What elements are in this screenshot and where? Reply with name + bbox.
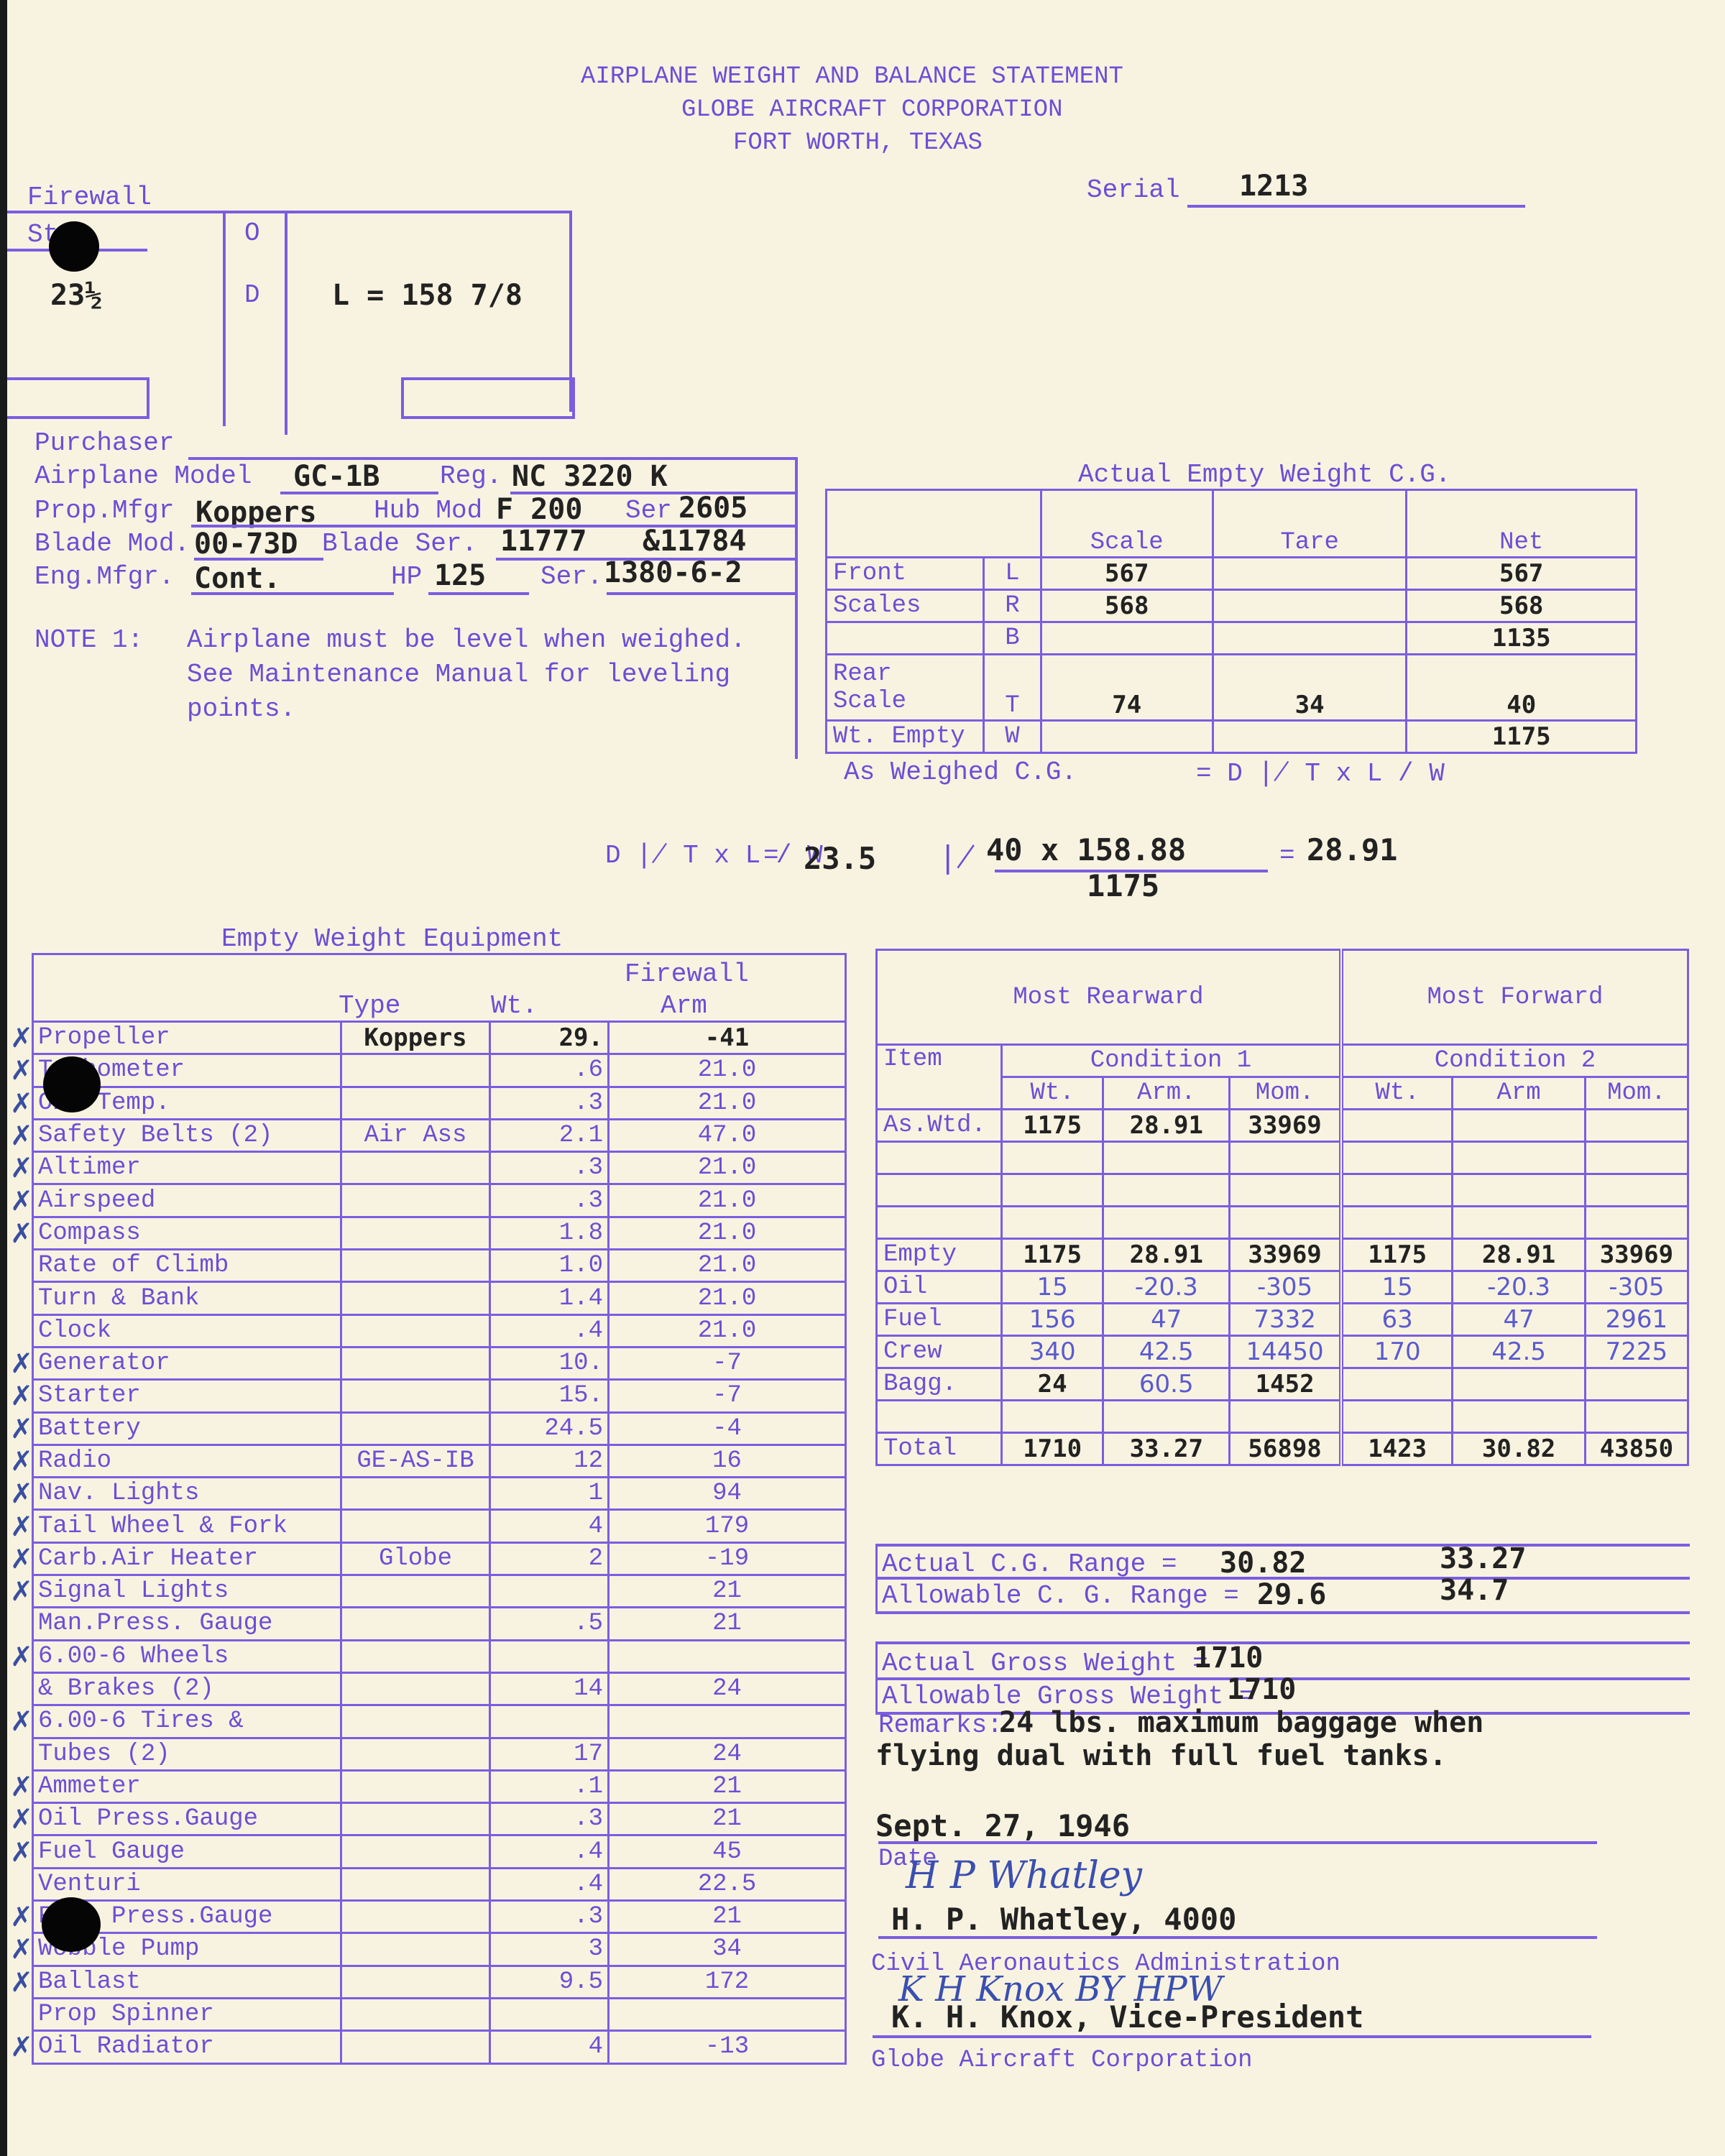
most-rearward-header: Most Rearward: [877, 950, 1341, 1045]
equipment-table: PropellerKoppers29.-41Tachometer.621.0Oi…: [32, 1021, 847, 2065]
loading-c2-wt: 1175: [1341, 1239, 1453, 1271]
equipment-type: [341, 1250, 490, 1282]
loading-c1-wt: 340: [1002, 1336, 1103, 1368]
equipment-wt: 4: [490, 1510, 609, 1542]
calc-equals-2: =: [1279, 841, 1295, 870]
equipment-arm: 24: [609, 1738, 846, 1770]
subcol-mom-2: Mom.: [1585, 1077, 1688, 1110]
equipment-arm: 21: [609, 1901, 846, 1933]
equipment-wt: .3: [490, 1087, 609, 1119]
hub-mod-value: F 200: [496, 493, 582, 526]
equipment-type: [341, 1054, 490, 1087]
loading-c1-arm: 47: [1103, 1304, 1230, 1336]
note-line-3: points.: [187, 694, 295, 724]
company-location: FORT WORTH, TEXAS: [733, 129, 983, 157]
actual-gross-value: 1710: [1194, 1641, 1263, 1674]
subcol-wt-2: Wt.: [1341, 1077, 1453, 1110]
loading-c2-mom: [1585, 1401, 1688, 1433]
equipment-item: Ammeter: [33, 1770, 341, 1802]
equipment-arm: 21: [609, 1575, 846, 1608]
equipment-wt: 29.: [490, 1022, 609, 1054]
loading-c2-wt: [1341, 1207, 1453, 1239]
calc-d-value: 23.5: [804, 841, 876, 876]
equipment-wt: 4: [490, 2031, 609, 2063]
equipment-arm: 179: [609, 1510, 846, 1542]
equipment-wt: .6: [490, 1054, 609, 1087]
check-mark-icon: ✗: [10, 1478, 33, 1509]
loading-c2-mom: 33969: [1585, 1239, 1688, 1271]
subcol-mom-1: Mom.: [1230, 1077, 1341, 1110]
equipment-row: Prop Spinner: [33, 1998, 846, 2030]
net-value: 40: [1407, 655, 1637, 721]
row-code: R: [984, 590, 1041, 622]
col-arm: Arm: [661, 991, 707, 1021]
equipment-arm: 21.0: [609, 1054, 846, 1087]
equipment-item: Radio: [33, 1445, 341, 1477]
equipment-type: [341, 1412, 490, 1445]
equipment-item: Ballast: [33, 1966, 341, 1998]
hub-ser-value: 2605: [678, 492, 747, 525]
loading-c2-arm: 47: [1453, 1304, 1585, 1336]
equipment-item: Compass: [33, 1217, 341, 1249]
equipment-item: Oil Press.Gauge: [33, 1803, 341, 1835]
loading-c1-mom: [1230, 1174, 1341, 1207]
reg-label: Reg.: [440, 461, 502, 491]
subcol-arm-1: Arm.: [1103, 1077, 1230, 1110]
equipment-item: 6.00-6 Wheels: [33, 1640, 341, 1672]
row-label: Rear Scale: [827, 655, 984, 721]
allowable-cg-aft: 34.7: [1440, 1574, 1509, 1607]
equipment-wt: 1.8: [490, 1217, 609, 1249]
col-net: Net: [1407, 490, 1637, 558]
remarks-line-1: 24 lbs. maximum baggage when: [999, 1706, 1483, 1739]
eng-ser-underline: [607, 592, 796, 595]
loading-c1-mom: 33969: [1230, 1239, 1341, 1271]
equipment-item: Generator: [33, 1347, 341, 1379]
loading-c2-arm: [1453, 1110, 1585, 1142]
check-mark-icon: ✗: [10, 1347, 33, 1379]
loading-row: Empty117528.9133969117528.9133969: [877, 1239, 1688, 1271]
loading-item: [877, 1401, 1002, 1433]
equipment-item: Tubes (2): [33, 1738, 341, 1770]
loading-c2-mom: -305: [1585, 1271, 1688, 1304]
check-mark-icon: ✗: [10, 1771, 33, 1802]
equipment-wt: 1.4: [490, 1282, 609, 1314]
check-mark-icon: ✗: [10, 2031, 33, 2063]
info-top-border: [188, 457, 796, 460]
equipment-wt: 12: [490, 1445, 609, 1477]
equipment-row: Nav. Lights194: [33, 1478, 846, 1510]
model-value: GC-1B: [293, 460, 379, 493]
loading-c2-wt: [1341, 1110, 1453, 1142]
note-label: NOTE 1:: [34, 625, 143, 655]
loading-c2-arm: 42.5: [1453, 1336, 1585, 1368]
loading-c2-arm: [1453, 1368, 1585, 1401]
equipment-row: Tachometer.621.0: [33, 1054, 846, 1087]
tare-value: 34: [1213, 655, 1406, 721]
loading-c2-wt: 15: [1341, 1271, 1453, 1304]
punch-hole-bottom: [42, 1897, 101, 1952]
equipment-wt: .3: [490, 1901, 609, 1933]
actual-cg-fwd: 30.82: [1220, 1547, 1306, 1580]
scale-value: 568: [1041, 590, 1213, 622]
cca-signer-name: H. P. Whatley, 4000: [891, 1902, 1236, 1937]
loading-c1-mom: [1230, 1207, 1341, 1239]
equipment-type: [341, 1966, 490, 1998]
equipment-row: Oil Press.Gauge.321: [33, 1803, 846, 1835]
loading-c1-arm: -20.3: [1103, 1271, 1230, 1304]
check-mark-icon: ✗: [10, 1054, 33, 1086]
eng-mfgr-label: Eng.Mfgr.: [34, 562, 174, 591]
equipment-arm: 34: [609, 1933, 846, 1966]
date-value: Sept. 27, 1946: [875, 1808, 1130, 1843]
equipment-wt: .4: [490, 1868, 609, 1900]
check-mark-icon: ✗: [10, 1413, 33, 1445]
company-name: GLOBE AIRCRAFT CORPORATION: [681, 96, 1063, 124]
allowable-cg-label: Allowable C. G. Range =: [882, 1581, 1239, 1611]
cca-line: [878, 1936, 1597, 1939]
sta-value: 23½: [50, 279, 102, 312]
cg-range-box: Actual C.G. Range = 30.82 33.27 Allowabl…: [875, 1544, 1690, 1614]
loading-c2-arm: -20.3: [1453, 1271, 1585, 1304]
equipment-type: [341, 1380, 490, 1412]
equipment-type: [341, 1314, 490, 1347]
equipment-arm: 24: [609, 1672, 846, 1705]
loading-c1-arm: [1103, 1207, 1230, 1239]
loading-c1-wt: [1002, 1142, 1103, 1174]
equipment-wt: 10.: [490, 1347, 609, 1379]
col-type: Type: [339, 991, 400, 1021]
equipment-row: Altimer.321.0: [33, 1152, 846, 1184]
tare-value: [1213, 622, 1406, 655]
blade-ser-label: Blade Ser.: [322, 529, 477, 558]
equipment-row: Battery24.5-4: [33, 1412, 846, 1445]
allowable-gross-value: 1710: [1227, 1673, 1296, 1706]
equipment-item: Prop Spinner: [33, 1998, 341, 2030]
check-mark-icon: ✗: [10, 1445, 33, 1477]
sta-footer-box: [7, 377, 149, 419]
equipment-arm: 21: [609, 1803, 846, 1835]
calc-result: 28.91: [1307, 832, 1397, 867]
check-mark-icon: ✗: [10, 1152, 33, 1184]
equipment-title: Empty Weight Equipment: [221, 924, 563, 954]
loading-c2-mom: [1585, 1368, 1688, 1401]
equipment-type: [341, 2031, 490, 2063]
row-label: Scales: [827, 590, 984, 622]
loading-row: [877, 1142, 1688, 1174]
equipment-row: Wobble Pump334: [33, 1933, 846, 1966]
loading-item: Crew: [877, 1336, 1002, 1368]
most-forward-header: Most Forward: [1341, 950, 1688, 1045]
loading-item: As.Wtd.: [877, 1110, 1002, 1142]
serial-value: 1213: [1239, 170, 1308, 203]
loading-c2-wt: [1341, 1174, 1453, 1207]
equipment-wt: [490, 1705, 609, 1738]
equipment-row: Man.Press. Gauge.521: [33, 1608, 846, 1640]
equipment-item: Man.Press. Gauge: [33, 1608, 341, 1640]
equipment-type: [341, 1152, 490, 1184]
equipment-wt: .3: [490, 1803, 609, 1835]
calc-numerator: 40 x 158.88: [986, 832, 1186, 867]
blade-mod-label: Blade Mod.: [34, 529, 190, 558]
equipment-arm: 21.0: [609, 1250, 846, 1282]
eng-ser-label: Ser.: [540, 562, 602, 591]
l-value: L = 158 7/8: [332, 279, 523, 312]
actual-cg-aft: 33.27: [1440, 1542, 1526, 1575]
loading-c2-wt: [1341, 1401, 1453, 1433]
remarks-label: Remarks:: [878, 1710, 1003, 1740]
equipment-type: [341, 1478, 490, 1510]
row-code: B: [984, 622, 1041, 655]
equipment-arm: [609, 1705, 846, 1738]
equipment-arm: 21: [609, 1608, 846, 1640]
loading-c1-wt: 156: [1002, 1304, 1103, 1336]
loading-row: [877, 1401, 1688, 1433]
equipment-header: Type Wt. Firewall Arm: [32, 953, 847, 1023]
equipment-row: Oil Radiator4-13: [33, 2031, 846, 2063]
l-footer-box: [401, 377, 575, 419]
equipment-row: Compass1.821.0: [33, 1217, 846, 1249]
empty-cg-corner: [827, 490, 1041, 558]
tare-value: [1213, 721, 1406, 753]
equipment-row: Starter15.-7: [33, 1380, 846, 1412]
equipment-row: Venturi.422.5: [33, 1868, 846, 1900]
check-mark-icon: ✗: [10, 1803, 33, 1835]
check-mark-icon: ✗: [10, 1966, 33, 1998]
equipment-type: [341, 1901, 490, 1933]
equipment-type: [341, 1803, 490, 1835]
equipment-type: [341, 1705, 490, 1738]
equipment-type: [341, 1868, 490, 1900]
hub-mod-label: Hub Mod: [374, 496, 482, 525]
equipment-wt: .3: [490, 1184, 609, 1217]
equipment-wt: 14: [490, 1672, 609, 1705]
loading-c2-arm: 28.91: [1453, 1239, 1585, 1271]
equipment-type: [341, 1640, 490, 1672]
loading-item: Fuel: [877, 1304, 1002, 1336]
equipment-type: [341, 1510, 490, 1542]
scale-value: [1041, 622, 1213, 655]
equipment-item: Nav. Lights: [33, 1478, 341, 1510]
check-mark-icon: ✗: [10, 1022, 33, 1054]
date-line: [878, 1841, 1597, 1844]
equipment-type: [341, 1770, 490, 1802]
equipment-type: [341, 1347, 490, 1379]
calc-formula: D ∤ T x L / W: [605, 839, 823, 870]
equipment-wt: 24.5: [490, 1412, 609, 1445]
equipment-row: Airspeed.321.0: [33, 1184, 846, 1217]
eng-ser-value: 1380-6-2: [604, 556, 742, 589]
condition-1-header: Condition 1: [1002, 1045, 1341, 1077]
equipment-type: [341, 1933, 490, 1966]
net-value: 568: [1407, 590, 1637, 622]
loading-row: Crew34042.51445017042.57225: [877, 1336, 1688, 1368]
equipment-row: Carb.Air HeaterGlobe2-19: [33, 1542, 846, 1575]
equipment-wt: 2: [490, 1542, 609, 1575]
equipment-wt: 2.1: [490, 1119, 609, 1151]
loading-c2-mom: [1585, 1142, 1688, 1174]
as-weighed-label: As Weighed C.G.: [844, 757, 1077, 787]
loading-c1-mom: [1230, 1401, 1341, 1433]
loading-c1-arm: 28.91: [1103, 1110, 1230, 1142]
equipment-wt: [490, 1640, 609, 1672]
hp-underline: [428, 592, 529, 595]
equipment-arm: -7: [609, 1347, 846, 1379]
loading-row: Fuel15647733263472961: [877, 1304, 1688, 1336]
loading-c2-arm: [1453, 1207, 1585, 1239]
calc-plus: ∤: [939, 839, 975, 877]
equipment-type: [341, 1998, 490, 2030]
row-label: [827, 622, 984, 655]
equipment-item: Signal Lights: [33, 1575, 341, 1608]
loading-row: [877, 1207, 1688, 1239]
net-value: 567: [1407, 558, 1637, 590]
equipment-arm: 21.0: [609, 1152, 846, 1184]
loading-c2-mom: 7225: [1585, 1336, 1688, 1368]
scale-value: 567: [1041, 558, 1213, 590]
equipment-row: Rate of Climb1.021.0: [33, 1250, 846, 1282]
equipment-arm: 45: [609, 1835, 846, 1868]
loading-row: Total171033.2756898142330.8243850: [877, 1433, 1688, 1465]
scale-value: [1041, 721, 1213, 753]
loading-item: Bagg.: [877, 1368, 1002, 1401]
equipment-type: Koppers: [341, 1022, 490, 1054]
empty-cg-table: Scale Tare Net Front L 567 567 Scales R …: [825, 489, 1637, 754]
globe-org: Globe Aircraft Corporation: [871, 2047, 1253, 2074]
equipment-item: Safety Belts (2): [33, 1119, 341, 1151]
serial-label: Serial: [1087, 175, 1180, 205]
equipment-arm: 21.0: [609, 1184, 846, 1217]
model-label: Airplane Model: [34, 461, 252, 491]
equipment-item: Clock: [33, 1314, 341, 1347]
firewall-label: Firewall: [27, 183, 152, 212]
tare-value: [1213, 558, 1406, 590]
equipment-wt: 9.5: [490, 1966, 609, 1998]
col-wt: Wt.: [491, 991, 538, 1021]
loading-c1-arm: [1103, 1142, 1230, 1174]
equipment-row: Ballast9.5172: [33, 1966, 846, 1998]
box-divider-2: [285, 211, 287, 435]
hp-value: 125: [434, 559, 486, 592]
check-mark-icon: ✗: [10, 1087, 33, 1119]
note-line-1: Airplane must be level when weighed.: [187, 625, 746, 655]
loading-row: As.Wtd.117528.9133969: [877, 1110, 1688, 1142]
calc-equals: =: [763, 841, 779, 870]
loading-c2-mom: [1585, 1110, 1688, 1142]
loading-c1-arm: [1103, 1401, 1230, 1433]
info-right-border: [795, 457, 798, 759]
loading-c1-mom: 7332: [1230, 1304, 1341, 1336]
check-mark-icon: ✗: [10, 1836, 33, 1868]
whatley-signature: H P Whatley: [906, 1854, 1142, 1897]
loading-c1-mom: 14450: [1230, 1336, 1341, 1368]
net-value: 1175: [1407, 721, 1637, 753]
loading-item: Empty: [877, 1239, 1002, 1271]
loading-c1-mom: -305: [1230, 1271, 1341, 1304]
box-top-border: [7, 211, 571, 213]
equipment-type: [341, 1217, 490, 1249]
loading-c1-mom: 1452: [1230, 1368, 1341, 1401]
equipment-wt: 1: [490, 1478, 609, 1510]
equipment-row: Fuel Gauge.445: [33, 1835, 846, 1868]
equipment-arm: [609, 1640, 846, 1672]
actual-cg-label: Actual C.G. Range =: [882, 1549, 1177, 1579]
globe-line: [873, 2035, 1591, 2038]
check-mark-icon: ✗: [10, 1543, 33, 1575]
loading-row: [877, 1174, 1688, 1207]
loading-c1-arm: 60.5: [1103, 1368, 1230, 1401]
tare-value: [1213, 590, 1406, 622]
row-wt-empty: Wt. Empty W 1175: [827, 721, 1637, 753]
equipment-type: [341, 1738, 490, 1770]
condition-2-header: Condition 2: [1341, 1045, 1688, 1077]
equipment-wt: [490, 1575, 609, 1608]
equipment-type: GE-AS-IB: [341, 1445, 490, 1477]
equipment-type: Globe: [341, 1542, 490, 1575]
box-divider-1: [223, 211, 226, 426]
model-underline: [280, 492, 438, 494]
equipment-type: [341, 1672, 490, 1705]
equipment-arm: [609, 1998, 846, 2030]
equipment-arm: 172: [609, 1966, 846, 1998]
equipment-arm: 21.0: [609, 1217, 846, 1249]
equipment-item: Starter: [33, 1380, 341, 1412]
note-line-2: See Maintenance Manual for leveling: [187, 660, 730, 689]
equipment-wt: 15.: [490, 1380, 609, 1412]
col-arm-top: Firewall: [625, 959, 749, 989]
equipment-arm: 16: [609, 1445, 846, 1477]
equipment-arm: 21.0: [609, 1282, 846, 1314]
equipment-row: Oil Temp..321.0: [33, 1087, 846, 1119]
check-mark-icon: ✗: [10, 1575, 33, 1607]
loading-c2-mom: [1585, 1174, 1688, 1207]
loading-c2-wt: [1341, 1368, 1453, 1401]
equipment-row: Clock.421.0: [33, 1314, 846, 1347]
equipment-wt: .5: [490, 1608, 609, 1640]
loading-c1-wt: 15: [1002, 1271, 1103, 1304]
loading-c1-mom: 56898: [1230, 1433, 1341, 1465]
check-mark-icon: ✗: [10, 1705, 33, 1737]
equipment-wt: 3: [490, 1933, 609, 1966]
check-mark-icon: ✗: [10, 1511, 33, 1542]
equipment-arm: 21.0: [609, 1087, 846, 1119]
equipment-type: [341, 1087, 490, 1119]
loading-c1-wt: [1002, 1207, 1103, 1239]
hp-label: HP: [391, 562, 422, 591]
eng-mfgr-underline: [191, 592, 394, 595]
blade-mod-underline: [194, 558, 323, 561]
equipment-arm: -13: [609, 2031, 846, 2063]
check-mark-icon: ✗: [10, 1933, 33, 1965]
equipment-type: [341, 1282, 490, 1314]
equipment-item: Turn & Bank: [33, 1282, 341, 1314]
empty-cg-title: Actual Empty Weight C.G.: [1078, 460, 1450, 489]
equipment-row: Generator10.-7: [33, 1347, 846, 1379]
doc-title: AIRPLANE WEIGHT AND BALANCE STATEMENT: [581, 63, 1123, 91]
equipment-row: & Brakes (2)1424: [33, 1672, 846, 1705]
loading-row: Oil15-20.3-30515-20.3-305: [877, 1271, 1688, 1304]
equipment-arm: -4: [609, 1412, 846, 1445]
equipment-wt: .4: [490, 1314, 609, 1347]
eng-mfgr-value: Cont.: [194, 562, 280, 595]
equipment-row: 6.00-6 Tires &: [33, 1705, 846, 1738]
equipment-wt: .1: [490, 1770, 609, 1802]
hub-ser-label: Ser: [625, 496, 672, 525]
loading-c2-wt: 1423: [1341, 1433, 1453, 1465]
equipment-type: [341, 1575, 490, 1608]
row-scales: Scales R 568 568: [827, 590, 1637, 622]
loading-c1-wt: 1175: [1002, 1239, 1103, 1271]
